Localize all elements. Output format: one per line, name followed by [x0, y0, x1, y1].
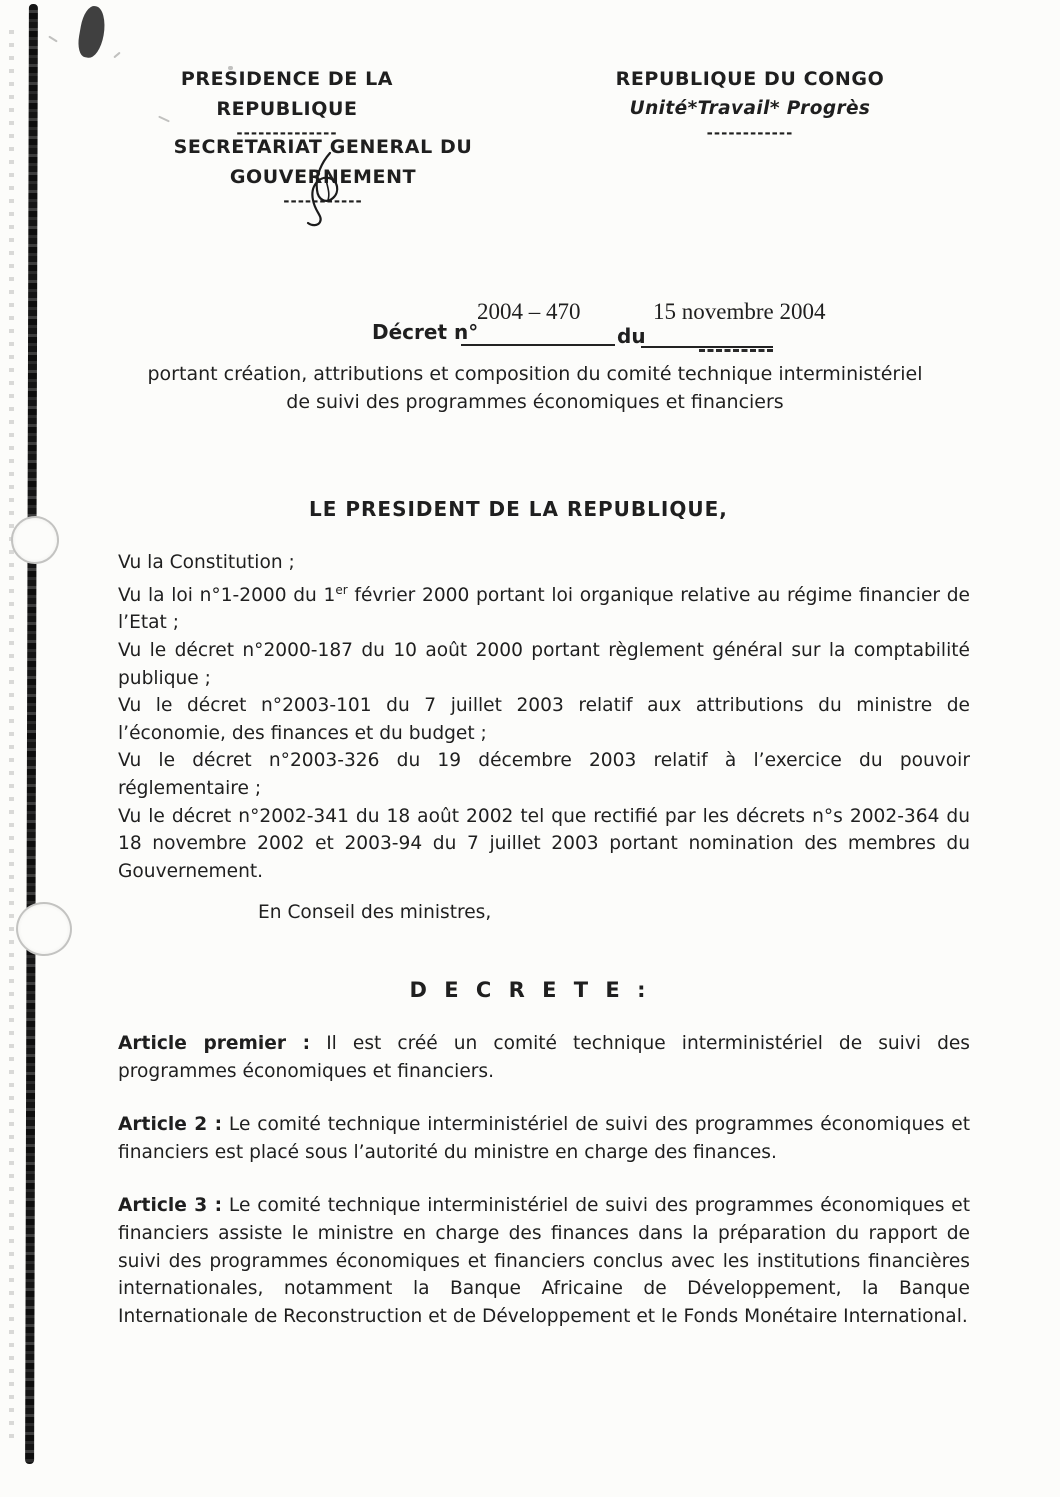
country-title: REPUBLIQUE DU CONGO	[600, 64, 900, 94]
subject-line2: de suivi des programmes économiques et f…	[105, 388, 965, 416]
fill-in-dashes	[699, 349, 773, 352]
presidency-title: PRESIDENCE DE LA REPUBLIQUE	[112, 64, 462, 124]
visa-paragraph: Vu le décret n°2003-326 du 19 décembre 2…	[118, 747, 970, 802]
punch-hole	[13, 899, 74, 959]
superscript-er: er	[335, 583, 347, 597]
articles-block: Article premier : Il est créé un comité …	[118, 1030, 970, 1356]
punch-hole	[8, 513, 62, 567]
fill-in-line	[641, 346, 773, 348]
article-paragraph: Article premier : Il est créé un comité …	[118, 1030, 970, 1085]
salutation: LE PRESIDENT DE LA REPUBLIQUE,	[309, 497, 728, 521]
decree-du-label: du	[617, 324, 646, 348]
decrete-heading: D E C R E T E :	[0, 978, 1060, 1002]
scan-artifact-dotted-column	[9, 30, 14, 1440]
divider-dashes: ------------	[600, 124, 900, 142]
article-label: Article 2 :	[118, 1114, 222, 1135]
visas-block: Vu la Constitution ; Vu la loi n°1-2000 …	[118, 549, 970, 927]
visa-paragraph: Vu le décret n°2002-341 du 18 août 2002 …	[118, 803, 970, 886]
signature-scribble	[290, 150, 360, 232]
council-line: En Conseil des ministres,	[118, 899, 970, 927]
national-motto: Unité*Travail* Progrès	[600, 94, 900, 124]
article-paragraph: Article 2 : Le comité technique intermin…	[118, 1111, 970, 1166]
decree-number-label: Décret n°	[372, 320, 478, 344]
subject-line1: portant création, attributions et compos…	[105, 360, 965, 388]
decree-number-value: 2004 – 470	[477, 299, 581, 325]
decree-date-value: 15 novembre 2004	[653, 299, 825, 325]
fill-in-line	[461, 344, 615, 346]
scan-artifact-strip	[25, 4, 38, 1464]
visa-paragraph: Vu le décret n°2003-101 du 7 juillet 200…	[118, 692, 970, 747]
visa-paragraph: Vu la loi n°1-2000 du 1er février 2000 p…	[118, 577, 970, 637]
visa-paragraph: Vu le décret n°2000-187 du 10 août 2000 …	[118, 637, 970, 692]
header-left: PRESIDENCE DE LA REPUBLIQUE ------------…	[112, 64, 462, 142]
article-paragraph: Article 3 : Le comité technique intermin…	[118, 1192, 970, 1330]
scan-artifact-blob	[76, 4, 109, 59]
document-page: PRESIDENCE DE LA REPUBLIQUE ------------…	[0, 0, 1060, 1497]
article-label: Article premier :	[118, 1033, 310, 1054]
article-label: Article 3 :	[118, 1195, 222, 1216]
decree-subject: portant création, attributions et compos…	[105, 360, 965, 416]
visa-paragraph: Vu la Constitution ;	[118, 549, 970, 577]
scan-speck	[113, 52, 120, 59]
scan-speck	[48, 36, 58, 43]
header-right: REPUBLIQUE DU CONGO Unité*Travail* Progr…	[600, 64, 900, 142]
